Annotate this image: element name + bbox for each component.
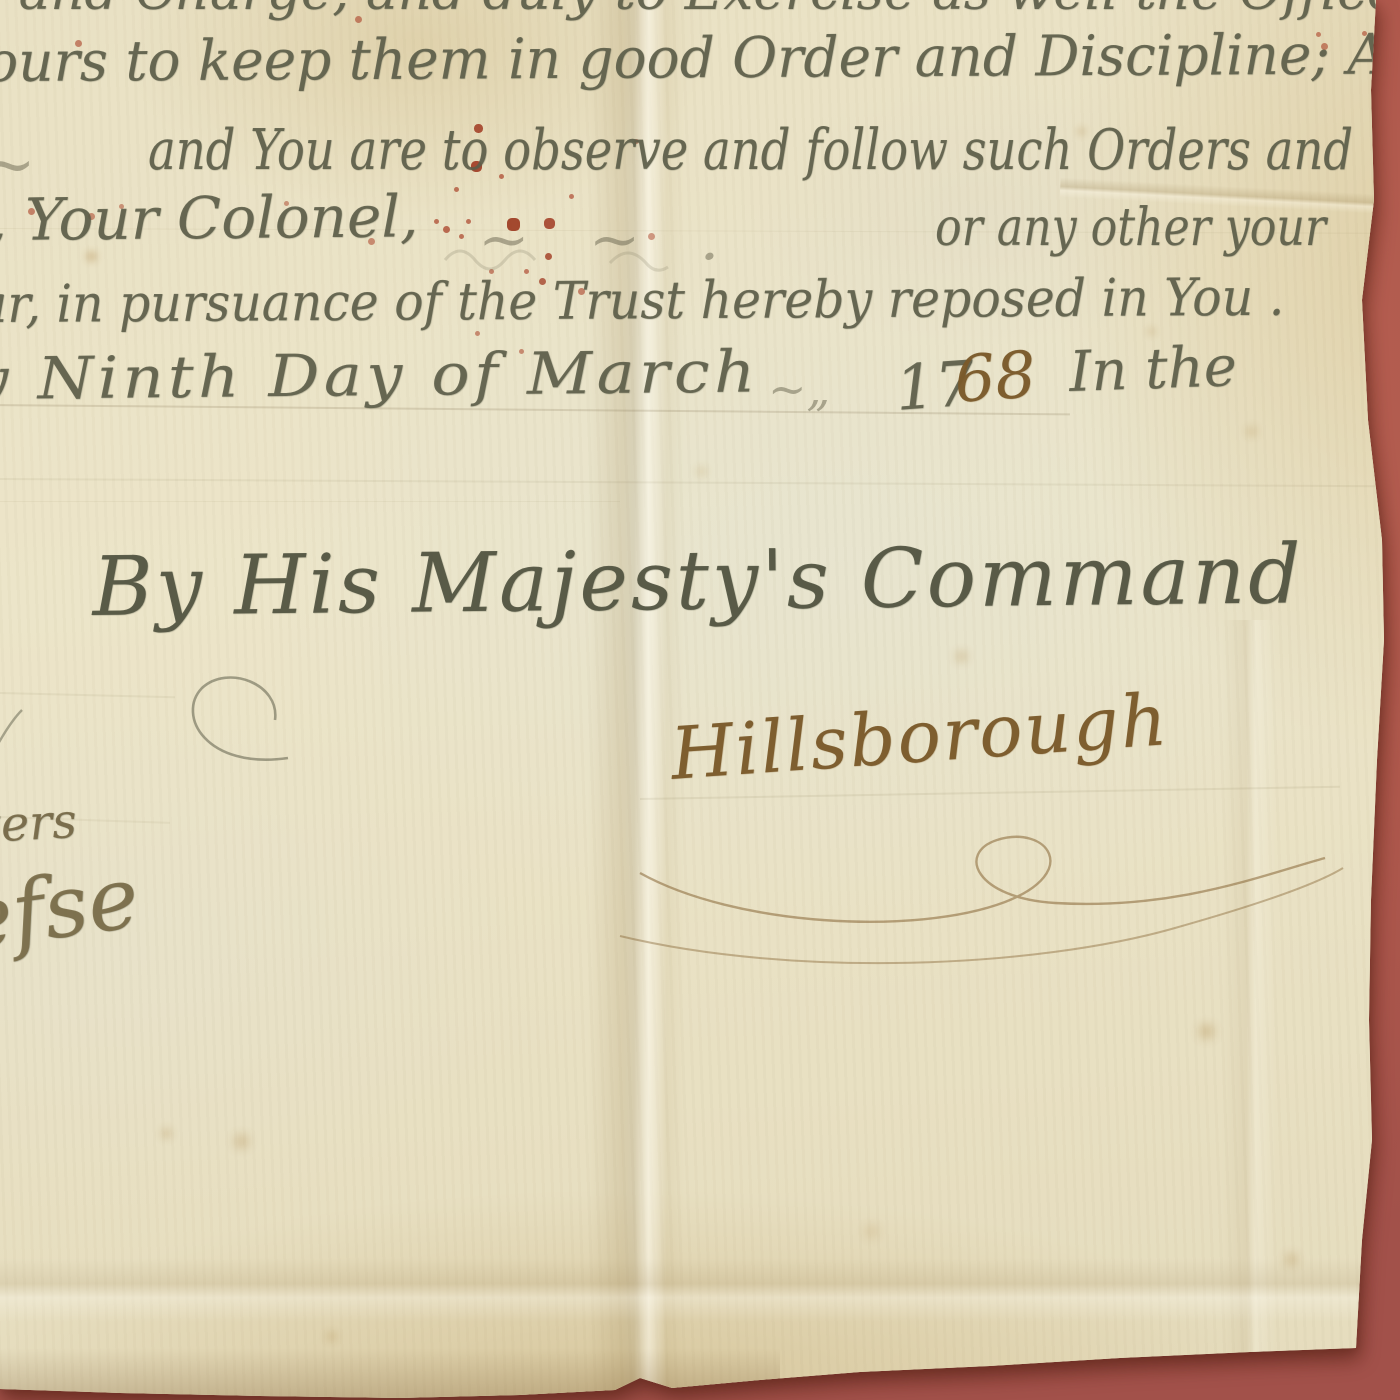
vertical-crease-right <box>1222 620 1276 1400</box>
handwritten-line-orders: and You are to observe and follow such O… <box>148 118 1353 183</box>
handwritten-line-top-cropped: re and Charge, and duly to Exercise as w… <box>0 0 1400 22</box>
signature-flourish <box>615 818 1355 978</box>
edge-stroke-fragment <box>0 708 24 748</box>
ruled-line <box>0 501 620 502</box>
line-filler-mark: ~„ <box>768 362 830 416</box>
faded-erased-writing <box>440 225 740 285</box>
flourish-loop-fragment <box>176 670 296 770</box>
handwritten-line-any-other: or any other your <box>935 198 1326 258</box>
ruled-line <box>0 692 175 698</box>
handwritten-line-date: y Ninth Day of March <box>0 338 760 413</box>
left-fragment-ters: ters <box>0 793 78 854</box>
bottom-edge-curl-shading <box>0 1348 780 1398</box>
command-line: By His Majesty's Command <box>92 527 1304 635</box>
left-fragment-esse: efse <box>0 847 145 971</box>
photograph-background: re and Charge, and duly to Exercise as w… <box>0 0 1400 1400</box>
ruled-line <box>0 478 1390 487</box>
parchment-drop-shadow: re and Charge, and duly to Exercise as w… <box>0 0 1400 1400</box>
parchment-document: re and Charge, and duly to Exercise as w… <box>0 0 1400 1400</box>
year-suffix-68: 68 <box>952 338 1038 418</box>
signature-hillsborough: Hillsborough <box>668 677 1172 796</box>
handwritten-line-colonel: , Your Colonel, <box>0 182 419 254</box>
handwritten-in-the: In the <box>1068 334 1238 405</box>
horizontal-fold-band <box>0 1258 1400 1322</box>
handwritten-line-discipline: ours to keep them in good Order and Disc… <box>0 22 1400 95</box>
